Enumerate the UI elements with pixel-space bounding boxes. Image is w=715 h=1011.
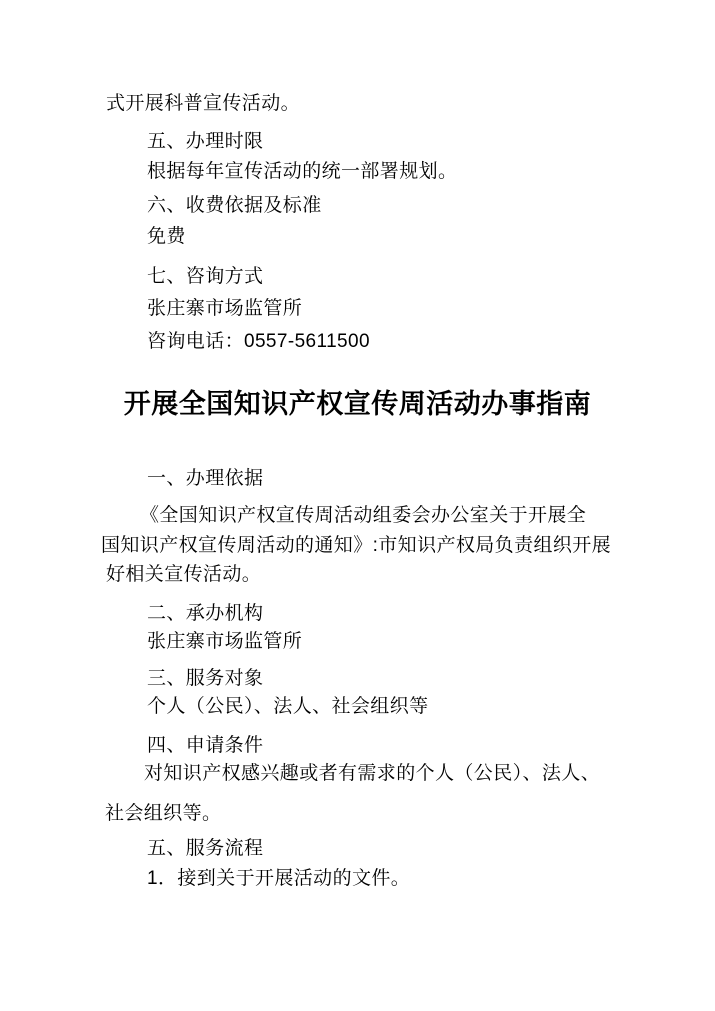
section-heading-agency: 二、承办机构 xyxy=(147,602,263,626)
basis-paragraph-line-2: 国知识产权宣传周活动的通知》:市知识产权局负责组织开展 xyxy=(101,534,611,558)
basis-paragraph-line-3: 好相关宣传活动。 xyxy=(106,563,261,587)
contact-office-text: 张庄寨市场监管所 xyxy=(147,297,302,321)
section-heading-fee-basis: 六、收费依据及标准 xyxy=(147,194,322,218)
section-heading-conditions: 四、申请条件 xyxy=(147,734,263,758)
document-title: 开展全国知识产权宣传周活动办事指南 xyxy=(0,387,715,421)
section-heading-basis: 一、办理依据 xyxy=(147,467,263,491)
agency-text: 张庄寨市场监管所 xyxy=(147,630,302,654)
time-limit-text: 根据每年宣传活动的统一部署规划。 xyxy=(147,160,457,184)
conditions-line-2: 社会组织等。 xyxy=(105,802,221,826)
section-heading-targets: 三、服务对象 xyxy=(147,667,263,691)
contact-phone-text: 咨询电话：0557-5611500 xyxy=(147,330,370,354)
flow-step-1-text: 1．接到关于开展活动的文件。 xyxy=(147,867,410,891)
section-heading-flow: 五、服务流程 xyxy=(147,837,263,861)
basis-paragraph-line-1: 《全国知识产权宣传周活动组委会办公室关于开展全 xyxy=(140,504,586,528)
section-heading-contact: 七、咨询方式 xyxy=(147,265,263,289)
fee-text: 免费 xyxy=(147,225,186,249)
conditions-line-1: 对知识产权感兴趣或者有需求的个人（公民）、法人、 xyxy=(144,762,600,786)
document-page: 式开展科普宣传活动。 五、办理时限 根据每年宣传活动的统一部署规划。 六、收费依… xyxy=(0,0,715,1011)
service-targets-text: 个人（公民）、法人、社会组织等 xyxy=(147,695,429,719)
section-heading-time-limit: 五、办理时限 xyxy=(147,130,263,154)
paragraph-continuation-line: 式开展科普宣传活动。 xyxy=(106,92,300,116)
